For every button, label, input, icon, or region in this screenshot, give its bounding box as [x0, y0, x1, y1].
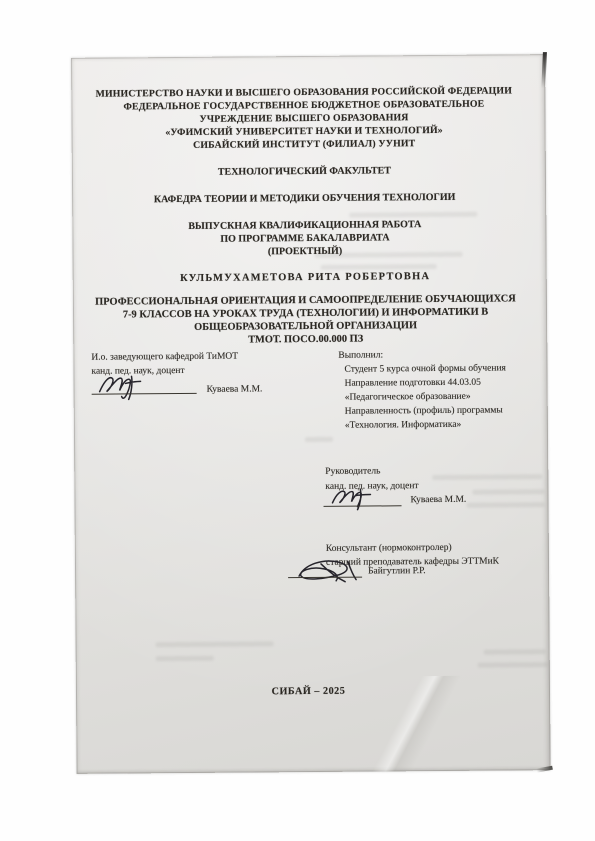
author-name: КУЛЬМУХАМЕТОВА РИТА РОБЕРТОВНА — [73, 270, 538, 285]
performer-line-3: «Педагогическое образование» — [345, 392, 471, 403]
city-year-footer: СИБАЙ – 2025 — [76, 684, 541, 699]
faculty-name: ТЕХНОЛОГИЧЕСКИЙ ФАКУЛЬТЕТ — [72, 164, 537, 179]
supervisor-signature — [329, 484, 391, 516]
work-type-line-2: ПО ПРОГРАММЕ БАКАЛАВРИАТА — [72, 231, 537, 246]
title-page-content: МИНИСТЕРСТВО НАУКИ И ВЫСШЕГО ОБРАЗОВАНИЯ… — [71, 54, 542, 774]
department-name: КАФЕДРА ТЕОРИИ И МЕТОДИКИ ОБУЧЕНИЯ ТЕХНО… — [72, 191, 537, 206]
consultant-signature — [291, 556, 371, 592]
photo-background: МИНИСТЕРСТВО НАУКИ И ВЫСШЕГО ОБРАЗОВАНИЯ… — [0, 0, 595, 841]
bleedthrough-mark — [484, 649, 546, 654]
paper-edge-shadow-top-right — [541, 52, 547, 88]
head-approval-name: Куваева М.М. — [207, 384, 263, 394]
thesis-title-line-2: 7-9 КЛАССОВ НА УРОКАХ ТРУДА (ТЕХНОЛОГИИ)… — [73, 306, 538, 321]
bleedthrough-mark — [315, 252, 463, 258]
bleedthrough-mark — [349, 212, 477, 218]
bleedthrough-mark — [472, 489, 544, 495]
bleedthrough-mark — [467, 502, 545, 508]
thesis-title-line-3: ОБЩЕОБРАЗОВАТЕЛЬНОЙ ОРГАНИЗАЦИИ — [73, 319, 538, 334]
head-approval-signature — [95, 370, 167, 406]
performer-line-4: Направленность (профиль) программы — [345, 405, 503, 416]
bleedthrough-mark — [156, 641, 274, 647]
document-code: ТМОТ. ПОСО.00.000 ПЗ — [73, 332, 538, 347]
thesis-title-line-1: ПРОФЕССИОНАЛЬНАЯ ОРИЕНТАЦИЯ И САМООПРЕДЕ… — [73, 293, 538, 308]
bleedthrough-mark — [321, 264, 437, 270]
performer-label: Выполнил: — [338, 350, 383, 360]
bleedthrough-mark — [156, 656, 214, 661]
head-approval-position-1: И.о. заведующего кафедрой ТиМОТ — [91, 352, 238, 363]
bleedthrough-mark — [478, 662, 548, 668]
work-type-line-3: (ПРОЕКТНЫЙ) — [72, 244, 537, 259]
scanned-title-page: МИНИСТЕРСТВО НАУКИ И ВЫСШЕГО ОБРАЗОВАНИЯ… — [71, 54, 551, 774]
performer-line-2: Направление подготовки 44.03.05 — [345, 378, 481, 389]
performer-line-1: Студент 5 курса очной формы обучения — [344, 363, 506, 374]
consultant-name: Байгутлин Р.Р. — [368, 566, 426, 576]
performer-line-5: «Технология. Информатика» — [345, 420, 461, 431]
supervisor-label: Руководитель — [325, 466, 380, 476]
supervisor-name: Куваева М.М. — [410, 495, 466, 505]
branch-name: СИБАЙСКИЙ ИНСТИТУТ (ФИЛИАЛ) УУНИТ — [72, 136, 537, 153]
work-type-line-1: ВЫПУСКНАЯ КВАЛИФИКАЦИОННАЯ РАБОТА — [72, 218, 537, 233]
consultant-label: Консультант (нормоконтролер) — [326, 543, 452, 554]
bleedthrough-mark — [305, 437, 333, 442]
bleedthrough-mark — [432, 474, 542, 480]
